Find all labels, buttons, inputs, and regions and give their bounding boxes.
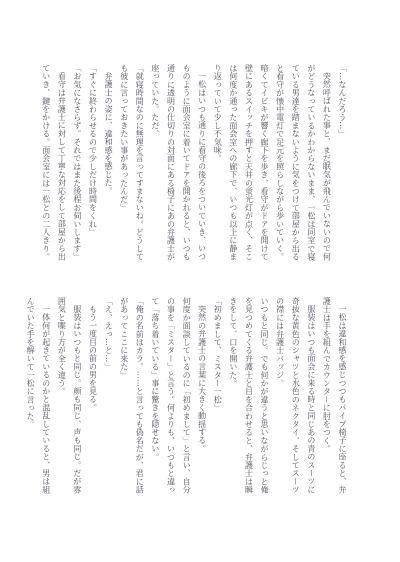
paragraph: 服装はいつもと同じ。顔も同じ、声も同じ。だが雰囲気と喋り方が全く違う。: [54, 297, 85, 497]
text-band-lower: 一松は違和感を感じつつもパイプ椅子に座ると、弁護士は手を組んでカウンターに肘をつ…: [28, 297, 350, 497]
paragraph: 「すぐに終わらせるので少しだけ時間をくれ」: [85, 64, 101, 264]
paragraph: 「お気になさらず。それではまた後程お伺いします」: [69, 64, 85, 264]
novel-page: 「…なんだろう…」突然呼ばれた事と、まだ眠気が飛んでいないので何がどうなっている…: [0, 0, 400, 562]
text-band-upper: 「…なんだろう…」突然呼ばれた事と、まだ眠気が飛んでいないので何がどうなっている…: [28, 64, 350, 264]
paragraph: もう一度目の前の男を見る。: [85, 297, 101, 497]
paragraph: 突然の弁護士の言葉に大きく動揺する。: [194, 297, 210, 497]
paragraph: 「え、えっ…と…」: [101, 297, 117, 497]
paragraph: 「…なんだろう…」: [334, 64, 350, 264]
paragraph: 弁護士の姿に、違和感を感じた。: [101, 64, 117, 264]
paragraph: 一松はいつも通りに看守の後ろをついていき、いつものように面会室に着いてドアを開か…: [147, 64, 209, 264]
paragraph: いつもと同じ。でも何かが違うと思いながらじっと俺を見つめてくる弁護士と目を合わせ…: [225, 297, 272, 497]
paragraph: 「就寝時間なのに無理を言ってすまないね。どうしても彼に言っておきたい事があったん…: [116, 64, 147, 264]
paragraph: 服装はいつも面会に来る時と同じあの青のスーツに奇抜な黄色のシャツと水色のネクタイ…: [272, 297, 319, 497]
paragraph: 一体何が起きているのかと混乱していると、男は組んでいた手を解いて一松に言った。: [23, 297, 54, 497]
paragraph: 何度か面談しているのに「初めまして」と言い、自分の事を「ミスター」と言う。何より…: [147, 297, 194, 497]
paragraph: 「初めまして、ミスター一松」: [210, 297, 226, 497]
paragraph: 看守は弁護士に対して丁寧な対応をして部屋から出ていき、鍵をかける。面会室には一松…: [38, 64, 69, 264]
paragraph: 一松は違和感を感じつつもパイプ椅子に座ると、弁護士は手を組んでカウンターに肘をつ…: [319, 297, 350, 497]
paragraph: 「俺の名前はカラ。……と言っても偽名だが、君に話があってここに来た」: [116, 297, 147, 497]
paragraph: 突然呼ばれた事と、まだ眠気が飛んでいないので何がどうなっているかわからないまま、…: [210, 64, 335, 264]
